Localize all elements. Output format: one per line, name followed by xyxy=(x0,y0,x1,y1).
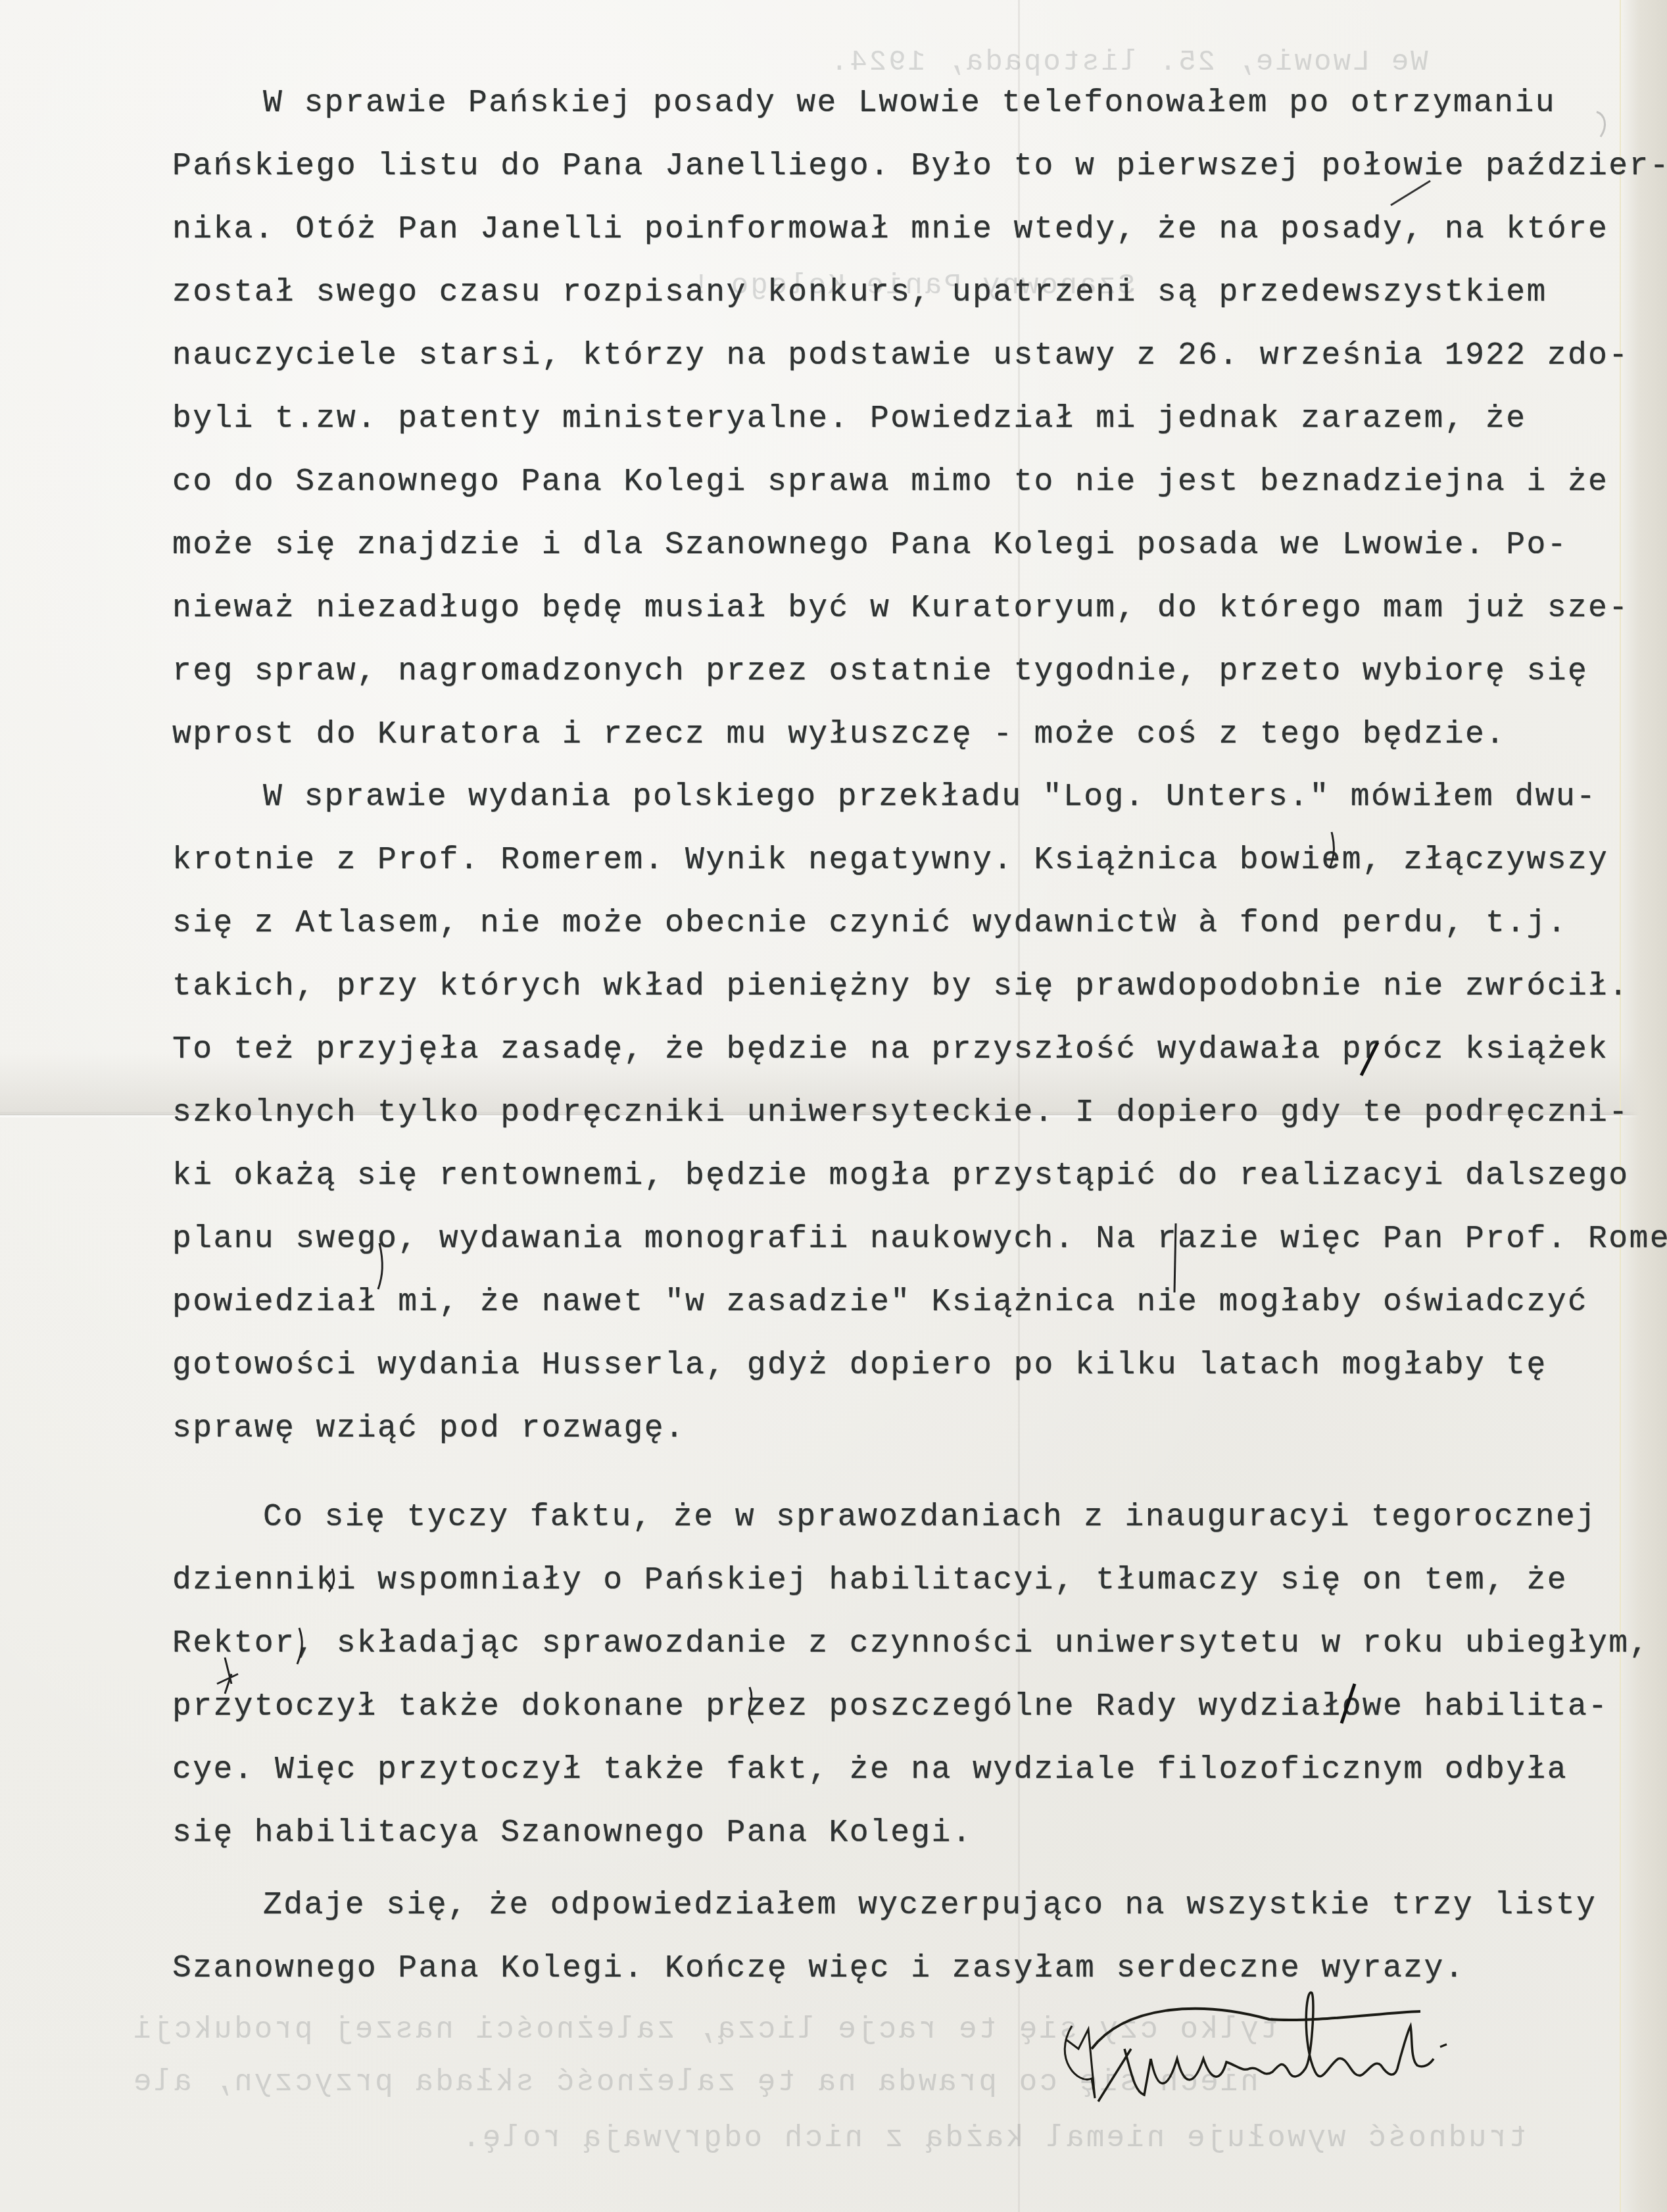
typed-line: ki okażą się rentownemi, będzie mogła pr… xyxy=(172,1158,1630,1194)
typed-line: Szanownego Pana Kolegi. Kończę więc i za… xyxy=(172,1951,1465,1986)
typed-line: W sprawie Pańskiej posady we Lwowie tele… xyxy=(263,86,1556,121)
typed-line: nieważ niezadługo będę musiał być w Kura… xyxy=(172,591,1630,626)
typed-line: planu swego, wydawania monografii naukow… xyxy=(172,1221,1667,1257)
typed-line: krotnie z Prof. Romerem. Wynik negatywny… xyxy=(172,843,1608,878)
typed-line: Pańskiego listu do Pana Janelliego. Było… xyxy=(172,149,1667,184)
typed-line: nika. Otóż Pan Janelli poinformował mnie… xyxy=(172,212,1608,247)
typed-line: takich, przy których wkład pieniężny by … xyxy=(172,969,1630,1004)
typed-line: się habilitacya Szanownego Pana Kolegi. xyxy=(172,1815,973,1851)
typed-line: cye. Więc przytoczył także fakt, że na w… xyxy=(172,1752,1568,1788)
typed-line: powiedział mi, że nawet "w zasadzie" Ksi… xyxy=(172,1285,1588,1320)
typed-line: Co się tyczy faktu, że w sprawozdaniach … xyxy=(263,1500,1597,1535)
typed-line: reg spraw, nagromadzonych przez ostatnie… xyxy=(172,654,1588,689)
letter-body: W sprawie Pańskiej posady we Lwowie tele… xyxy=(0,0,1667,2212)
signature xyxy=(1052,1986,1657,2131)
typed-line: gotowości wydania Husserla, gdyż dopiero… xyxy=(172,1348,1547,1383)
typed-line: został swego czasu rozpisany konkurs, up… xyxy=(172,275,1547,310)
typed-line: szkolnych tylko podręczniki uniwersyteck… xyxy=(172,1095,1630,1131)
typed-line: To też przyjęła zasadę, że będzie na prz… xyxy=(172,1032,1608,1068)
typed-line: byli t.zw. patenty ministeryalne. Powied… xyxy=(172,401,1527,437)
typed-line: przytoczył także dokonane przez poszczeg… xyxy=(172,1689,1608,1725)
typed-line: sprawę wziąć pod rozwagę. xyxy=(172,1411,685,1446)
typed-line: wprost do Kuratora i rzecz mu wyłuszczę … xyxy=(172,717,1506,752)
typed-line: dzienniki wspomniały o Pańskiej habilita… xyxy=(172,1563,1568,1598)
typed-line: W sprawie wydania polskiego przekładu "L… xyxy=(263,779,1597,815)
typed-line: nauczyciele starsi, którzy na podstawie … xyxy=(172,338,1630,374)
typed-line: może się znajdzie i dla Szanownego Pana … xyxy=(172,528,1568,563)
typed-line: Zdaje się, że odpowiedziałem wyczerpując… xyxy=(263,1888,1597,1923)
typed-line: co do Szanownego Pana Kolegi sprawa mimo… xyxy=(172,464,1608,500)
typed-line: Rektor, składając sprawozdanie z czynnoś… xyxy=(172,1626,1650,1661)
typed-line: się z Atlasem, nie może obecnie czynić w… xyxy=(172,906,1568,941)
